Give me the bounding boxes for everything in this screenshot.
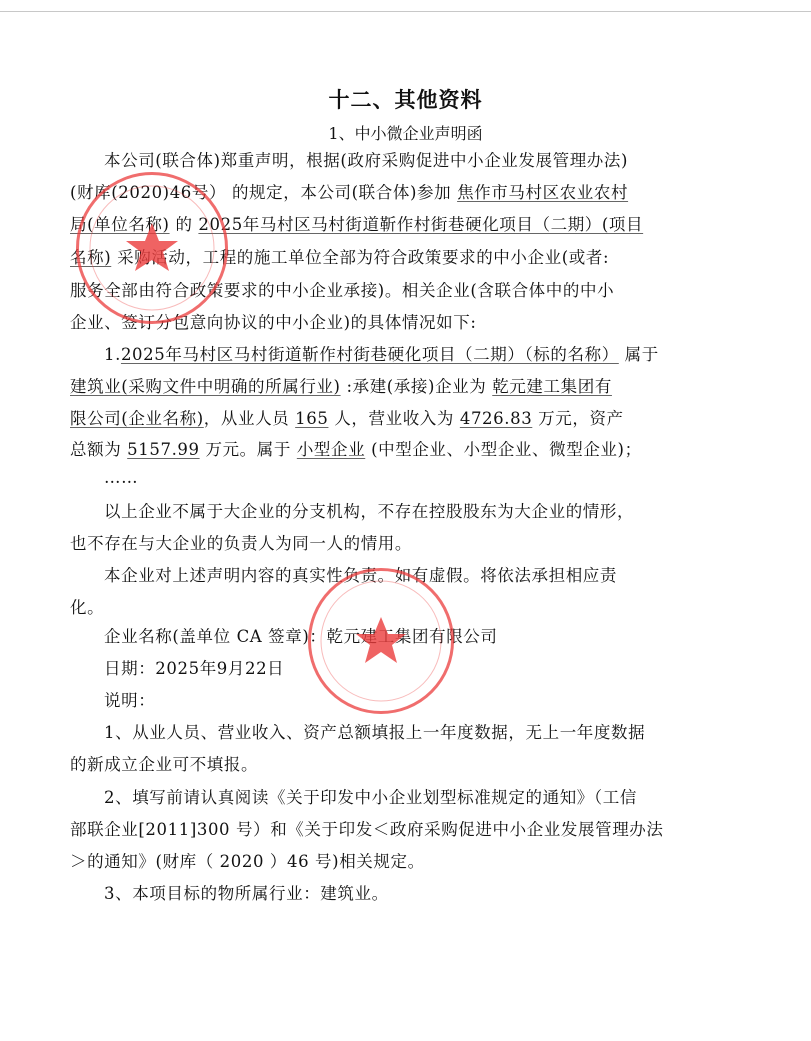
text-span: 人，营业收入为	[334, 409, 454, 428]
note-line: 的新成立企业可不填报。	[70, 755, 750, 775]
text-span: 采购活动，工程的施工单位全部为符合政策要求的中小企业(或者:	[117, 248, 609, 267]
section-title: 十二、其他资料	[0, 84, 811, 114]
project-name-cont: 名称)	[70, 248, 111, 267]
text-span: (财库(2020)46号） 的规定，本公司(联合体)参加	[70, 183, 451, 202]
text-span: (中型企业、小型企业、微型企业)；	[371, 440, 642, 459]
signature-date: 日期：2025年9月22日	[70, 659, 784, 679]
company-name-cont: 限公司(企业名称)	[70, 409, 204, 428]
text-span: :承建(承接)企业为	[346, 377, 486, 396]
item-number: 1.	[104, 345, 121, 364]
revenue: 4726.83	[460, 409, 532, 428]
item-project: 2025年马村区马村街道靳作村街巷硬化项目（二期）（标的名称）	[121, 345, 619, 364]
note-line: 部联企业[2011]300 号）和《关于印发＜政府采购促进中小企业发展管理办法	[70, 820, 750, 840]
text-span: 万元。属于	[205, 440, 291, 459]
text-span: 的	[175, 215, 192, 234]
company-name: 乾元建工集团有	[492, 377, 612, 396]
body-line: 名称) 采购活动，工程的施工单位全部为符合政策要求的中小企业(或者:	[70, 248, 750, 268]
ellipsis: ……	[70, 468, 784, 488]
purchaser-name-cont: 局(单位名称)	[70, 215, 170, 234]
item1-line: 建筑业(采购文件中明确的所属行业) :承建(承接)企业为 乾元建工集团有	[70, 377, 750, 397]
note-line: 2、填写前请认真阅读《关于印发中小企业划型标准规定的通知》（工信	[70, 788, 784, 808]
declaration-line: 也不存在与大企业的负责人为同一人的情用。	[70, 534, 750, 554]
note-line: 3、本项目标的物所属行业：建筑业。	[70, 884, 784, 904]
body-line: (财库(2020)46号） 的规定，本公司(联合体)参加 焦作市马村区农业农村	[70, 183, 750, 203]
purchaser-name: 焦作市马村区农业农村	[457, 183, 628, 202]
total-assets: 5157.99	[127, 440, 199, 459]
text-span: 总额为	[70, 440, 121, 459]
text-span: ，从业人员	[204, 409, 290, 428]
project-name: 2025年马村区马村街道靳作村街巷硬化项目（二期）(项目	[198, 215, 643, 234]
body-line: 服务全部由符合政策要求的中小企业承接)。相关企业(含联合体中的中小	[70, 281, 750, 301]
subtitle: 1、中小微企业声明函	[0, 121, 811, 144]
item1-line: 总额为 5157.99 万元。属于 小型企业 (中型企业、小型企业、微型企业)；	[70, 440, 750, 460]
item1-line: 1.2025年马村区马村街道靳作村街巷硬化项目（二期）（标的名称） 属于	[70, 345, 784, 365]
body-line: 局(单位名称) 的 2025年马村区马村街道靳作村街巷硬化项目（二期）(项目	[70, 215, 750, 235]
note-line: 1、从业人员、营业收入、资产总额填报上一年度数据，无上一年度数据	[70, 723, 784, 743]
body-line: 企业、签订分包意向协议的中小企业)的具体情况如下:	[70, 313, 750, 333]
item1-line: 限公司(企业名称)，从业人员 165 人，营业收入为 4726.83 万元，资产	[70, 409, 750, 429]
declaration-line: 化。	[70, 598, 750, 618]
notes-label: 说明：	[70, 691, 784, 711]
declaration-line: 本企业对上述声明内容的真实性负责。如有虚假。将依法承担相应责	[70, 566, 784, 586]
page-top-border	[0, 11, 811, 12]
note-line: ＞的通知》(财库（ 2020 ）46 号)相关规定。	[70, 852, 750, 872]
enterprise-size: 小型企业	[297, 440, 365, 459]
text-span: 属于	[625, 345, 659, 364]
signature-company: 企业名称(盖单位 CA 签章)：乾元建工集团有限公司	[70, 627, 784, 647]
declaration-line: 以上企业不属于大企业的分支机构，不存在控股股东为大企业的情形，	[70, 502, 784, 522]
industry: 建筑业(采购文件中明确的所属行业)	[70, 377, 341, 396]
text-span: 万元，资产	[538, 409, 624, 428]
body-line: 本公司(联合体)郑重声明，根据(政府采购促进中小企业发展管理办法)	[70, 151, 784, 171]
staff-count: 165	[295, 409, 328, 428]
